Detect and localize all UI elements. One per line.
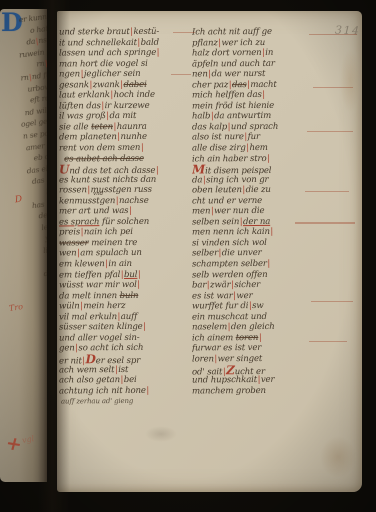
text-column-right: Ich acht nit auff gepflanz|wer ich zuhal… (192, 27, 320, 396)
text-line: bar|zwär|sicher (192, 280, 320, 291)
text-line: auff zerhau ad' gieng (59, 396, 192, 407)
rubric-virgule: | (113, 122, 117, 132)
rubric-virgule: | (233, 291, 237, 301)
text-line: naselem|den gleich (192, 322, 320, 333)
facing-page: D er kunno hatda|nstruwein grn|brn|nd fü… (0, 9, 47, 482)
rubric-virgule: | (248, 301, 252, 311)
rubric-initial: U (59, 164, 69, 175)
rubric-virgule: | (120, 375, 124, 385)
rubric-virgule: | (218, 38, 222, 48)
text-line: men nenn ich kain| (192, 227, 320, 238)
text-line: wüln|mein herz (59, 301, 192, 312)
rubric-virgule: | (80, 69, 84, 79)
text-line: rent von dem smen| (59, 143, 192, 154)
rubric-virgule: | (115, 196, 119, 206)
text-line: halb|da antwurtim (192, 111, 320, 122)
parchment-stain (320, 436, 356, 478)
text-line: laut erklank|hoch inde (59, 90, 192, 101)
rubric-virgule: | (80, 302, 84, 312)
parchment-stain (340, 49, 360, 113)
text-line: mer art und was| (59, 206, 192, 217)
rubric-virgule: | (110, 90, 114, 100)
text-line: mich helffen das| (192, 90, 320, 101)
rubric-virgule: | (227, 322, 231, 332)
red-underlined-word: der na (243, 217, 270, 227)
rubric-virgule: | (155, 166, 159, 175)
struck-word: das (232, 80, 247, 90)
text-line: loren|wer singet (192, 354, 320, 365)
rubric-virgule: | (208, 69, 212, 79)
text-line: em klewen|in ain (59, 259, 192, 270)
text-line: manchem groben (192, 385, 320, 396)
struck-word: wasser (59, 238, 89, 248)
text-line: süsser saiten klinge| (59, 322, 192, 333)
rubric-initial: Z (226, 364, 235, 375)
text-line: ach also getan|bei (59, 375, 192, 386)
parchment-stain (145, 426, 177, 442)
rubric-virgule: | (137, 280, 141, 290)
rubric-virgule: | (117, 312, 121, 322)
manuscript-page: 314 und sterke braut|kestü-it und schnel… (57, 11, 362, 492)
rubric-initial: D (85, 353, 95, 364)
text-line: Ich acht nit auff ge (192, 27, 320, 38)
rubric-virgule: | (244, 133, 248, 143)
rubric-virgule: | (146, 385, 150, 395)
rubric-virgule: | (202, 175, 206, 185)
rubric-virgule: | (137, 269, 141, 279)
red-line-filler (309, 34, 357, 35)
red-line-filler (307, 131, 353, 132)
rubric-virgule: | (247, 80, 251, 90)
rubric-virgule: | (35, 36, 39, 45)
text-line: rossen|musstgen russ (59, 185, 192, 196)
red-line-filler (173, 32, 195, 33)
rubric-virgule: | (76, 249, 80, 259)
struck-word: dabei (123, 80, 146, 90)
rubric-virgule: | (231, 280, 235, 290)
rubric-virgule: | (214, 354, 218, 364)
rubric-virgule: | (257, 375, 261, 385)
struck-word: es aubet ach dasse (64, 153, 144, 164)
rubric-virgule: | (87, 185, 91, 195)
text-line: lassen und ach springe| (59, 48, 192, 59)
red-underlined-word: bul (124, 269, 137, 279)
rubric-virgule: | (44, 59, 47, 68)
rubric-virgule: | (218, 249, 222, 259)
rubric-virgule: | (267, 259, 271, 269)
rubric-virgule: | (114, 365, 118, 375)
rubric-virgule: | (258, 333, 262, 343)
text-column-left: und sterke braut|kestü-it und schnelleka… (59, 27, 192, 407)
rubric-virgule: | (89, 80, 93, 90)
rubric-virgule: | (137, 37, 141, 47)
red-line-filler (311, 301, 353, 302)
rubric-virgule: | (262, 90, 266, 100)
text-line: alle dise zirg|hem (192, 143, 320, 154)
text-line: wüsst war mir wol| (59, 280, 192, 291)
rubric-virgule: | (80, 228, 84, 238)
red-line-filler (295, 222, 355, 224)
rubric-virgule: | (106, 111, 110, 121)
red-underlined-word: es sprach (59, 217, 99, 227)
rubric-virgule: | (75, 344, 79, 354)
text-line: oben leuten|die zu (192, 185, 320, 196)
text-line: furwar es ist ver (192, 343, 320, 354)
text-line: il was groß|da mit (59, 111, 192, 122)
rubric-virgule: | (130, 27, 134, 37)
rubric-virgule: | (261, 48, 265, 58)
text-line: men|wer nun die (192, 206, 320, 217)
struck-word: buln (120, 291, 139, 301)
text-line: Und das tet ach dasse| (59, 164, 192, 175)
rubric-virgule: | (210, 207, 214, 217)
rubric-virgule: | (105, 259, 109, 269)
rubric-virgule: | (128, 206, 132, 216)
rubric-virgule: | (101, 101, 105, 111)
rubric-virgule: | (242, 185, 246, 195)
struck-word: teten (91, 122, 113, 132)
text-line: schampten selber| (192, 259, 320, 270)
red-line-filler (309, 341, 347, 342)
rubric-virgule: | (246, 143, 250, 153)
red-line-filler (313, 87, 353, 88)
text-line: nen|da wer nurst (192, 69, 320, 80)
red-initial-fragment: D (14, 195, 22, 206)
facing-page-text: er kunno hatda|nstruwein grn|brn|nd füru… (0, 11, 47, 482)
rubric-virgule: | (156, 48, 160, 58)
text-line: Mit disem peispel (192, 164, 320, 175)
rubric-virgule: | (270, 227, 274, 237)
rubric-initial: M (192, 164, 205, 175)
rubric-virgule: | (140, 143, 144, 153)
red-line-filler (171, 74, 191, 75)
red-word-fragment: Tro (8, 302, 23, 313)
rubric-virgule: | (227, 122, 231, 132)
text-line: er nit|Der esel spr (59, 353, 192, 364)
manuscript-photo: D er kunno hatda|nstruwein grn|brn|nd fü… (0, 0, 376, 512)
rubric-virgule: | (206, 280, 210, 290)
text-line: halz dort vornen|in (192, 48, 320, 59)
red-line-filler (305, 191, 349, 192)
text-line: wurffet fur di|sw (192, 301, 320, 312)
page-number: 314 (335, 24, 361, 38)
rubric-virgule: | (117, 133, 121, 143)
rubric-virgule: | (266, 153, 270, 163)
rubric-virgule: | (28, 72, 32, 81)
rubric-virgule: | (210, 112, 214, 122)
struck-word: toren (236, 333, 259, 343)
interlinear-correction: vnd (93, 191, 103, 197)
text-line: und hupschkait|ver (192, 375, 320, 386)
rubric-virgule: | (143, 322, 147, 332)
